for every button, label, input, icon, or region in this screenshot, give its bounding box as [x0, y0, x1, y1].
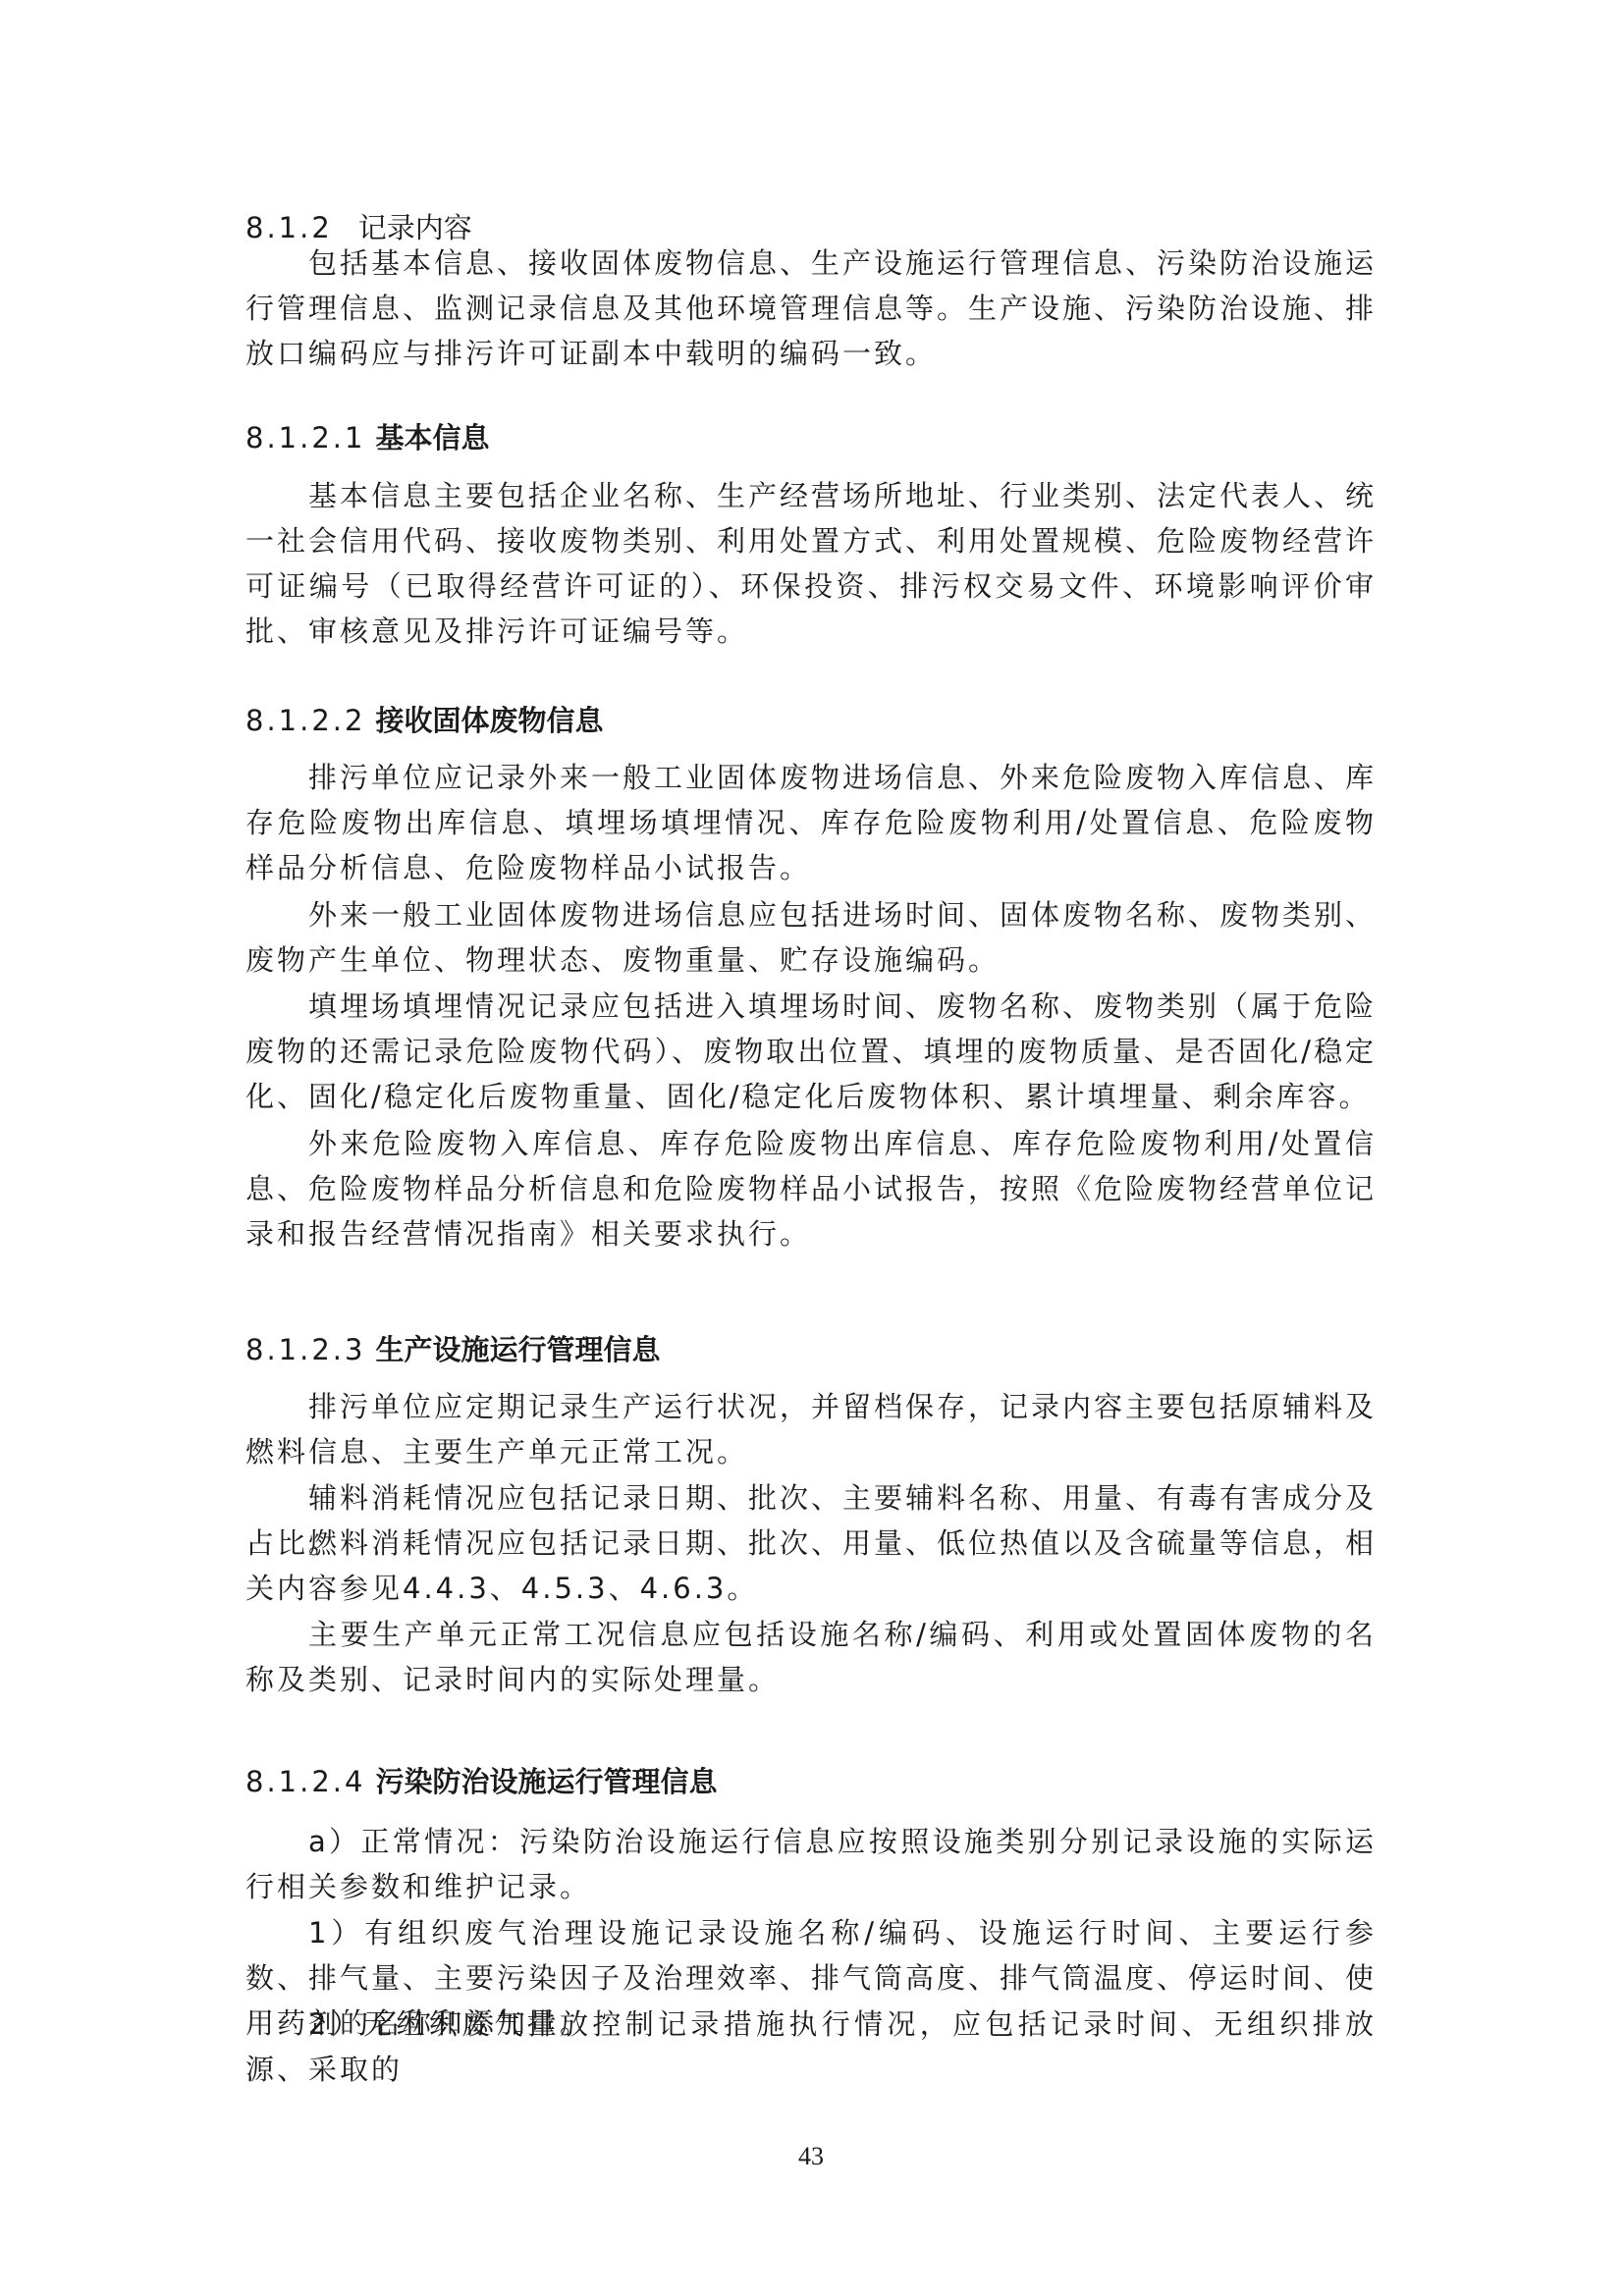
section-title: 接收固体废物信息	[375, 704, 603, 737]
section-title: 污染防治设施运行管理信息	[375, 1765, 717, 1798]
paragraph: 排污单位应记录外来一般工业固体废物进场信息、外来危险废物入库信息、库存危险废物出…	[245, 755, 1377, 890]
paragraph: 包括基本信息、接收固体废物信息、生产设施运行管理信息、污染防治设施运行管理信息、…	[245, 240, 1377, 376]
section-heading-8-1-2-1: 8.1.2.1基本信息	[245, 418, 489, 457]
paragraph: 外来危险废物入库信息、库存危险废物出库信息、库存危险废物利用/处置信息、危险废物…	[245, 1121, 1377, 1256]
paragraph: 基本信息主要包括企业名称、生产经营场所地址、行业类别、法定代表人、统一社会信用代…	[245, 473, 1377, 654]
section-heading-8-1-2-3: 8.1.2.3生产设施运行管理信息	[245, 1330, 660, 1369]
section-title: 记录内容	[358, 211, 472, 244]
section-number: 8.1.2.1	[245, 421, 365, 454]
paragraph: 排污单位应定期记录生产运行状况，并留档保存，记录内容主要包括原辅料及燃料信息、主…	[245, 1384, 1377, 1474]
paragraph: 填埋场填埋情况记录应包括进入填埋场时间、废物名称、废物类别（属于危险废物的还需记…	[245, 984, 1377, 1119]
paragraph: 燃料消耗情况应包括记录日期、批次、用量、低位热值以及含硫量等信息，相关内容参见4…	[245, 1521, 1377, 1611]
paragraph: 外来一般工业固体废物进场信息应包括进场时间、固体废物名称、废物类别、废物产生单位…	[245, 892, 1377, 983]
section-number: 8.1.2.2	[245, 704, 365, 737]
page-number: 43	[0, 2142, 1622, 2171]
section-title: 生产设施运行管理信息	[375, 1333, 660, 1366]
section-heading-8-1-2-2: 8.1.2.2接收固体废物信息	[245, 701, 603, 740]
section-number: 8.1.2.4	[245, 1765, 365, 1798]
section-heading-8-1-2-4: 8.1.2.4污染防治设施运行管理信息	[245, 1762, 717, 1801]
paragraph: a）正常情况：污染防治设施运行信息应按照设施类别分别记录设施的实际运行相关参数和…	[245, 1819, 1377, 1909]
section-number: 8.1.2.3	[245, 1333, 365, 1366]
paragraph: 主要生产单元正常工况信息应包括设施名称/编码、利用或处置固体废物的名称及类别、记…	[245, 1612, 1377, 1702]
section-number: 8.1.2	[245, 211, 333, 244]
section-title: 基本信息	[375, 421, 489, 454]
paragraph: 2）无组织废气排放控制记录措施执行情况，应包括记录时间、无组织排放源、采取的	[245, 2002, 1377, 2092]
